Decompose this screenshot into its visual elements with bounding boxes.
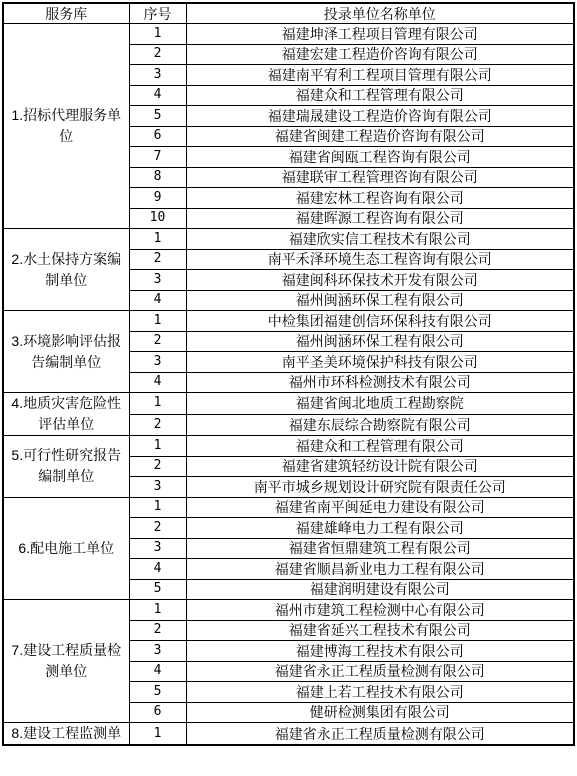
row-number-cell: 2: [129, 518, 186, 539]
row-number-cell: 3: [129, 538, 186, 559]
company-name-cell: 福州市环科检测技术有限公司: [186, 372, 574, 393]
row-number-cell: 8: [129, 167, 186, 188]
table-row: 8.建设工程监测单1福建省永正工程质量检测有限公司: [3, 723, 574, 746]
col-header-service-library: 服务库: [3, 3, 129, 24]
company-name-cell: 福建省永正工程质量检测有限公司: [186, 661, 574, 682]
row-number-cell: 6: [129, 126, 186, 147]
header-row: 服务库 序号 投录单位名称单位: [3, 3, 574, 24]
row-number-cell: 2: [129, 44, 186, 65]
row-number-cell: 2: [129, 456, 186, 477]
company-name-cell: 福建闽科环保技术开发有限公司: [186, 270, 574, 291]
row-number-cell: 1: [129, 393, 186, 415]
row-number-cell: 9: [129, 188, 186, 209]
table-row: 4.地质灾害危险性评估单位1福建省闽北地质工程勘察院: [3, 393, 574, 415]
row-number-cell: 1: [129, 311, 186, 332]
service-group-label: 7.建设工程质量检测单位: [3, 600, 129, 723]
company-name-cell: 福州市建筑工程检测中心有限公司: [186, 600, 574, 621]
row-number-cell: 5: [129, 106, 186, 127]
row-number-cell: 5: [129, 579, 186, 600]
company-name-cell: 福建润明建设有限公司: [186, 579, 574, 600]
service-group-label: 5.可行性研究报告编制单位: [3, 436, 129, 498]
service-group-label: 6.配电施工单位: [3, 497, 129, 600]
row-number-cell: 4: [129, 661, 186, 682]
row-number-cell: 4: [129, 372, 186, 393]
company-name-cell: 福州闽涵环保工程有限公司: [186, 331, 574, 352]
service-provider-table: 服务库 序号 投录单位名称单位 1.招标代理服务单位1福建坤泽工程项目管理有限公…: [2, 2, 575, 746]
company-name-cell: 中检集团福建创信环保科技有限公司: [186, 311, 574, 332]
row-number-cell: 3: [129, 65, 186, 86]
table-body: 1.招标代理服务单位1福建坤泽工程项目管理有限公司2福建宏建工程造价咨询有限公司…: [3, 24, 574, 746]
service-group-label: 8.建设工程监测单: [3, 723, 129, 746]
company-name-cell: 福建省南平闽延电力建设有限公司: [186, 497, 574, 518]
row-number-cell: 2: [129, 620, 186, 641]
row-number-cell: 2: [129, 414, 186, 436]
company-name-cell: 福建南平宥利工程项目管理有限公司: [186, 65, 574, 86]
row-number-cell: 4: [129, 559, 186, 580]
company-name-cell: 南平禾泽环境生态工程咨询有限公司: [186, 249, 574, 270]
table-row: 2.水土保持方案编制单位1福建欣实信工程技术有限公司: [3, 229, 574, 250]
col-header-serial-number: 序号: [129, 3, 186, 24]
table-row: 1.招标代理服务单位1福建坤泽工程项目管理有限公司: [3, 24, 574, 45]
company-name-cell: 福建省建筑轻纺设计院有限公司: [186, 456, 574, 477]
service-group-label: 1.招标代理服务单位: [3, 24, 129, 229]
row-number-cell: 1: [129, 600, 186, 621]
company-name-cell: 福州闽涵环保工程有限公司: [186, 290, 574, 311]
table-row: 6.配电施工单位1福建省南平闽延电力建设有限公司: [3, 497, 574, 518]
company-name-cell: 南平市城乡规划设计研究院有限责任公司: [186, 477, 574, 498]
row-number-cell: 1: [129, 723, 186, 746]
row-number-cell: 7: [129, 147, 186, 168]
table-row: 5.可行性研究报告编制单位1福建众和工程管理有限公司: [3, 436, 574, 457]
row-number-cell: 4: [129, 290, 186, 311]
company-name-cell: 福建宏林工程咨询有限公司: [186, 188, 574, 209]
col-header-company-name: 投录单位名称单位: [186, 3, 574, 24]
company-name-cell: 福建晖源工程咨询有限公司: [186, 208, 574, 229]
company-name-cell: 福建联审工程管理咨询有限公司: [186, 167, 574, 188]
table-row: 7.建设工程质量检测单位1福州市建筑工程检测中心有限公司: [3, 600, 574, 621]
row-number-cell: 6: [129, 702, 186, 723]
row-number-cell: 2: [129, 331, 186, 352]
table-header: 服务库 序号 投录单位名称单位: [3, 3, 574, 24]
company-name-cell: 福建宏建工程造价咨询有限公司: [186, 44, 574, 65]
company-name-cell: 福建欣实信工程技术有限公司: [186, 229, 574, 250]
row-number-cell: 1: [129, 229, 186, 250]
service-group-label: 4.地质灾害危险性评估单位: [3, 393, 129, 436]
company-name-cell: 健研检测集团有限公司: [186, 702, 574, 723]
row-number-cell: 3: [129, 270, 186, 291]
document-page: 服务库 序号 投录单位名称单位 1.招标代理服务单位1福建坤泽工程项目管理有限公…: [0, 0, 577, 776]
company-name-cell: 福建东辰综合勘察院有限公司: [186, 414, 574, 436]
row-number-cell: 5: [129, 682, 186, 703]
row-number-cell: 1: [129, 24, 186, 45]
row-number-cell: 1: [129, 497, 186, 518]
row-number-cell: 2: [129, 249, 186, 270]
company-name-cell: 福建瑞晟建设工程造价咨询有限公司: [186, 106, 574, 127]
service-group-label: 2.水土保持方案编制单位: [3, 229, 129, 311]
row-number-cell: 10: [129, 208, 186, 229]
company-name-cell: 福建众和工程管理有限公司: [186, 85, 574, 106]
service-group-label: 3.环境影响评估报告编制单位: [3, 311, 129, 393]
company-name-cell: 福建省闽北地质工程勘察院: [186, 393, 574, 415]
company-name-cell: 南平圣美环境保护科技有限公司: [186, 352, 574, 373]
row-number-cell: 3: [129, 352, 186, 373]
company-name-cell: 福建省永正工程质量检测有限公司: [186, 723, 574, 746]
company-name-cell: 福建坤泽工程项目管理有限公司: [186, 24, 574, 45]
company-name-cell: 福建省延兴工程技术有限公司: [186, 620, 574, 641]
company-name-cell: 福建博海工程技术有限公司: [186, 641, 574, 662]
company-name-cell: 福建众和工程管理有限公司: [186, 436, 574, 457]
table-row: 3.环境影响评估报告编制单位1中检集团福建创信环保科技有限公司: [3, 311, 574, 332]
row-number-cell: 1: [129, 436, 186, 457]
row-number-cell: 3: [129, 477, 186, 498]
company-name-cell: 福建省闽瓯工程咨询有限公司: [186, 147, 574, 168]
row-number-cell: 4: [129, 85, 186, 106]
row-number-cell: 3: [129, 641, 186, 662]
company-name-cell: 福建雄峰电力工程有限公司: [186, 518, 574, 539]
company-name-cell: 福建省顺昌新业电力工程有限公司: [186, 559, 574, 580]
company-name-cell: 福建上若工程技术有限公司: [186, 682, 574, 703]
company-name-cell: 福建省闽建工程造价咨询有限公司: [186, 126, 574, 147]
company-name-cell: 福建省恒鼎建筑工程有限公司: [186, 538, 574, 559]
